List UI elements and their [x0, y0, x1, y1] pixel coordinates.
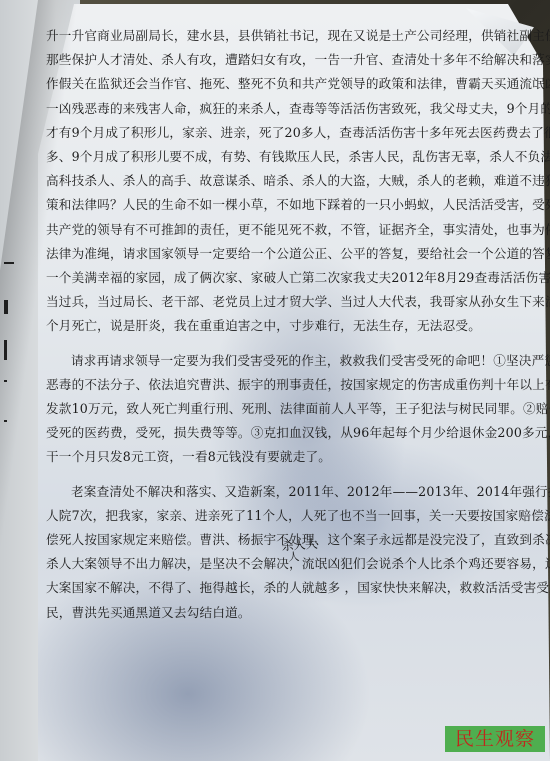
paragraph-3: 老案查清处不解决和落实、又造新案，2011年、2012年——2013年、2014…: [46, 480, 516, 625]
text-line: 升一升官商业局副局长，建水县，县供销社书记，现在又说是土产公司经理，供销社副主任…: [46, 24, 516, 48]
text-line: 受死的医药费，受死，损失费等等。③克扣血汉钱，从96年起每个月少给退休金200多…: [46, 421, 516, 445]
text-line: 策和法律吗？人民的生命不如一棵小草，不如地下踩着的一只小蚂蚁，人民活活受害，受死…: [46, 193, 516, 217]
text-line: 个月死亡，说是肝炎，我在重重迫害之中，寸步难行，无法生存，无法忍受。: [46, 314, 516, 338]
text-line: 高科技杀人、杀人的高手、故意谋杀、暗杀、杀人的大盗，大贼，杀人的老赖，难道不违犯…: [46, 169, 516, 193]
text-line: 一凶残恶毒的来残害人命，疯狂的来杀人，查毒等等活活伤害致死，我父母丈夫，9个月的…: [46, 97, 516, 121]
text-line: 作假关在监狱还会当作官、拖死、整死不负和共产党领导的政策和法律，曹霸天买通流氓凶…: [46, 72, 516, 96]
watermark-badge: 民生观察: [445, 726, 545, 752]
paragraph-2: 请求再请求领导一定要为我们受害受死的作主，救救我们受害受死的命吧！①坚决严惩凶残…: [46, 349, 516, 470]
text-line: 民，曹洪先买通黑道又去勾结白道。: [46, 601, 516, 625]
text-line: 杀人大案领导不出力解决，是坚决不会解决，流氓凶犯们会说杀个人比杀个鸡还要容易，这…: [46, 552, 516, 576]
text-line: 请求再请求领导一定要为我们受害受死的作主，救救我们受害受死的命吧！①坚决严惩凶残…: [46, 349, 516, 373]
text-line: 干一个月只发8元工资，一看8元钱没有要就走了。: [46, 445, 516, 469]
text-line: 人院7次，把我家，家亲、进亲死了11个人，人死了也不当一回事，关一天要按国家赔偿…: [46, 504, 516, 528]
text-line: 大案国家不解决，不得了、拖得越长，杀的人就越多 ，国家快快来解决，救救活活受害受…: [46, 576, 516, 600]
text-line: 恶毒的不法分子、依法追究曹洪、振宇的刑事责任，按国家规定的伤害成重伤判十年以上有…: [46, 373, 516, 397]
text-line: 一个美满幸福的家园，成了俩次家、家破人亡第二次家我丈夫2012年8月29查毒活活…: [46, 266, 516, 290]
handwritten-above: 杀人大: [281, 537, 318, 553]
text-line: 老案查清处不解决和落实、又造新案，2011年、2012年——2013年、2014…: [46, 480, 516, 504]
text-line: 发款10万元，致人死亡判重行刑、死刑、法律面前人人平等，王子犯法与树民同罪。②赔…: [46, 397, 516, 421]
text-line: 才有9个月成了积形儿，家亲、进亲，死了20多人，查毒活活伤害十多年死去医药费去了…: [46, 121, 516, 145]
text-line: 那些保护人才清处、杀人有攻，遭踏妇女有攻，一告一升官、查清处十多年不给解决和落实…: [46, 48, 516, 72]
text-line: 共产党的领导有不可推卸的责任，更不能见死不救，不管，证据齐全，事实清处，也事为依…: [46, 218, 516, 242]
handwritten-annotation: 杀人大 人: [281, 539, 318, 563]
letter-body: 升一升官商业局副局长，建水县，县供销社书记，现在又说是土产公司经理，供销社副主任…: [46, 24, 516, 625]
text-line: 当过兵，当过局长、老干部、老党员上过才贸大学、当过人大代表，我哥家从孙女生下来活…: [46, 290, 516, 314]
paragraph-1: 升一升官商业局副局长，建水县，县供销社书记，现在又说是土产公司经理，供销社副主任…: [46, 24, 516, 339]
text-line: 多、9个月成了积形儿要不成，有势、有钱欺压人民，杀害人民，乱伤害无辜，杀人不负法…: [46, 145, 516, 169]
text-line: 法律为准绳，请求国家领导一定要给一个公道公正、公平的答复，要给社会一个公道的答复…: [46, 242, 516, 266]
